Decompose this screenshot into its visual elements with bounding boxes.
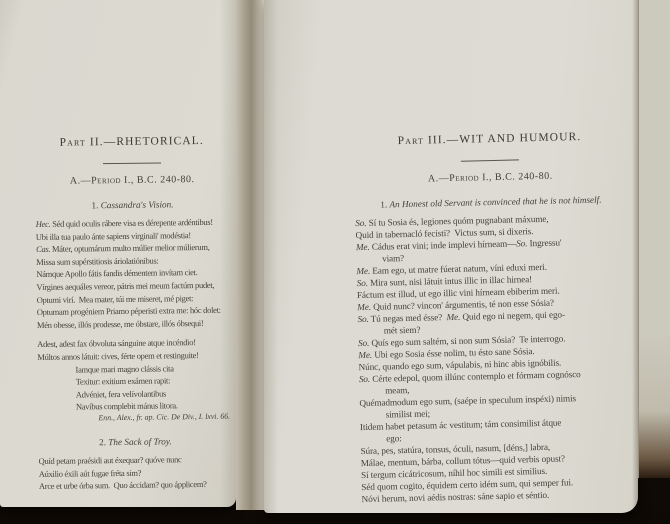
stanza: Quíd petam praésidi aut éxequar? quóve n…	[39, 453, 233, 493]
left-page: Part II.—RHETORICAL. A.—Period I., B.C. …	[0, 0, 236, 507]
left-page-content: Part II.—RHETORICAL. A.—Period I., B.C. …	[0, 0, 236, 493]
section-number: 1.	[380, 199, 389, 209]
right-part-title: Part III.—WIT AND HUMOUR.	[353, 130, 625, 148]
right-page-content: Part III.—WIT AND HUMOUR. A.—Period I., …	[264, 0, 638, 507]
section-title: Cassandra's Vision.	[101, 199, 174, 210]
italic-text: Me.	[446, 312, 460, 322]
section-number: 2.	[99, 437, 108, 447]
verse-text: Séd quid oculis rábere visa es dérepente…	[50, 217, 213, 229]
fore-edge-pages	[638, 0, 670, 478]
verse-text: Ubi illa tua paulo ánte sapiens virginal…	[36, 230, 191, 242]
stanza: Adest, adest fax óbvoluta sánguine atque…	[37, 336, 232, 424]
verse-line: Hec. Séd quid oculis rábere visa es dére…	[36, 216, 230, 231]
verse-text: Texitur: exitium exámen rapit:	[76, 375, 171, 386]
italic-text: Cas.	[36, 244, 50, 254]
left-period-heading: A.—Period I., B.C. 240-80.	[35, 174, 229, 187]
section-heading: 1. An Honest old Servant is convinced th…	[355, 194, 627, 210]
verse-text: viam?	[382, 253, 404, 263]
verse-text: Nóvi herum, novi aédis nostras: sáne sap…	[361, 490, 549, 504]
left-sections: 1. Cassandra's Vision.Hec. Séd quid ocul…	[35, 199, 233, 493]
italic-text: So.	[359, 374, 370, 384]
verse-text: Quíd petam praésidi aut éxequar? quóve n…	[39, 454, 182, 466]
verse-line: Arce et urbe órba sum. Quo áccidam? quo …	[39, 478, 233, 493]
verse-text: Adest, adest fax óbvoluta sánguine atque…	[37, 337, 196, 349]
left-divider-rule	[103, 162, 161, 164]
verse-text: Múltos annos látuit: cives, férte opem e…	[37, 350, 198, 362]
verse-text: Advéniet, fera velívolantibus	[76, 388, 166, 399]
italic-text: Hec.	[36, 219, 51, 229]
italic-text: So.	[516, 238, 527, 248]
verse-line: Mén obesse, illós prodesse, me óbstare, …	[37, 316, 231, 331]
verse-text: Arce et urbe órba sum. Quo áccidam? quo …	[39, 479, 207, 491]
italic-text: Me.	[356, 266, 370, 276]
section-heading: 1. Cassandra's Vision.	[35, 199, 229, 211]
right-sections: 1. An Honest old Servant is convinced th…	[355, 194, 634, 505]
section-number: 1.	[91, 200, 100, 210]
italic-text: So.	[355, 218, 366, 228]
left-part-title: Part II.—RHETORICAL.	[35, 135, 229, 149]
right-period-heading: A.—Period I., B.C. 240-80.	[354, 169, 626, 186]
verse-line: Vírgines aequáles vereor, pátris mei meu…	[36, 279, 230, 294]
italic-text: Me.	[356, 242, 370, 252]
italic-text: So.	[357, 314, 368, 324]
italic-text: Me.	[358, 350, 372, 360]
italic-text: So.	[358, 338, 369, 348]
italic-text: Me.	[357, 302, 371, 312]
verse-text: Máter, optumárum multo múlier melior múl…	[50, 242, 209, 254]
stanza: Hec. Séd quid oculis rábere visa es dére…	[36, 216, 231, 332]
verse-text: Iamque mari magno clássis cita	[75, 363, 173, 374]
section-title: The Sack of Troy.	[108, 436, 172, 447]
right-divider-rule	[461, 159, 519, 161]
verse-text: Tú negas med ésse?	[369, 312, 447, 324]
verse-text: Navíbus complebit mánus litora.	[76, 401, 178, 412]
book-photo: Part II.—RHETORICAL. A.—Period I., B.C. …	[0, 0, 670, 524]
verse-text: Missa sum supérstitiosis áriolatiónibus:	[36, 255, 158, 266]
section-title: An Honest old Servant is convinced that …	[389, 195, 601, 210]
section-heading: 2. The Sack of Troy.	[38, 436, 232, 448]
verse-text: Mén obesse, illós prodesse, me óbstare, …	[37, 318, 204, 330]
verse-text: Cádus erat vini; inde implevi hírneam—	[369, 239, 516, 252]
italic-text: Enn., Alex., fr. ap. Cic. De Div., I. lx…	[98, 412, 230, 423]
verse-text: Quid ego ni negem, qui ego-	[460, 309, 565, 321]
citation: Enn., Alex., fr. ap. Cic. De Div., I. lx…	[38, 412, 232, 424]
italic-text: So.	[357, 278, 368, 288]
right-page: Part III.—WIT AND HUMOUR. A.—Period I., …	[264, 0, 638, 513]
verse-text: meam,	[385, 385, 409, 396]
book-gutter	[236, 0, 264, 510]
verse-text: Optumi virí. Mea mater, túi me miseret, …	[37, 293, 194, 305]
verse-text: ego:	[386, 433, 402, 443]
verse-text: Optumam progéniem Priamo péperisti extra…	[37, 305, 221, 317]
verse-text: similist mei;	[386, 409, 431, 420]
verse-line: Cas. Máter, optumárum multo múlier melio…	[36, 241, 230, 256]
verse-text: mét siem?	[384, 325, 421, 336]
stanza: So. Sí tu Sosia és, legiones quóm pugnab…	[355, 211, 633, 505]
verse-text: Ingressu'	[527, 237, 561, 248]
verse-text: Aúxilio éxili aút fugae fréta sim?	[39, 467, 142, 478]
verse-text: Námque Apollo fátis fandis démentem inví…	[36, 267, 197, 279]
verse-text: Vírgines aequáles vereor, pátris mei meu…	[36, 280, 214, 292]
